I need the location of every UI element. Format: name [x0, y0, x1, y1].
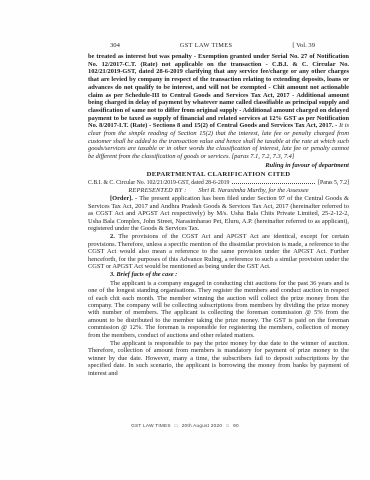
citation-line: C.B.I. & C. Circular No. 102/21/2019-GST…	[88, 180, 349, 186]
headnote-paragraph: be treated as interest but was penalty -…	[88, 53, 349, 161]
footer-date: 20th August 2020	[182, 423, 223, 428]
journal-title: GST LAW TIMES	[180, 42, 233, 49]
ruling-line: Ruling in favour of department	[88, 162, 349, 169]
order-paragraph-4: The applicant is responsible to pay the …	[88, 340, 349, 377]
footer-page: 90	[233, 423, 239, 428]
citation-paras: [Paras 5, 7.2]	[318, 180, 349, 186]
represented-by-label: REPRESENTED BY :	[128, 187, 186, 194]
page-number: 304	[110, 42, 120, 49]
order-paragraph-3: The applicant is a company engaged in co…	[88, 280, 349, 339]
footer-separator-icon: □	[226, 423, 229, 428]
order-paragraph-2-text: The provisions of the CGST Act and APGST…	[88, 233, 349, 270]
dot-leader	[232, 183, 315, 184]
text-column: be treated as interest but was penalty -…	[88, 53, 349, 377]
headnote-bold-text: be treated as interest but was penalty -…	[88, 53, 349, 129]
order-label: [Order]. -	[110, 195, 139, 202]
running-head: 304 GST LAW TIMES [ Vol. 39	[88, 42, 349, 49]
represented-by-value: Shri R. Narasimha Murthy, for the Assess…	[199, 187, 309, 194]
citation-text: C.B.I. & C. Circular No. 102/21/2019-GST…	[88, 180, 229, 186]
brief-facts-heading: 3. Brief facts of the case :	[88, 271, 349, 278]
page-footer: GST LAW TIMES□20th August 2020□90	[0, 423, 370, 428]
order-paragraph-1: [Order]. - The present application has b…	[88, 195, 349, 232]
scanned-document-page: 304 GST LAW TIMES [ Vol. 39 be treated a…	[0, 0, 370, 480]
represented-by-line: REPRESENTED BY :Shri R. Narasimha Murthy…	[88, 187, 349, 194]
footer-journal: GST LAW TIMES	[131, 423, 171, 428]
volume-label: [ Vol. 39	[292, 42, 315, 49]
clarification-heading: DEPARTMENTAL CLARIFICATION CITED	[88, 171, 349, 178]
footer-separator-icon: □	[175, 423, 178, 428]
order-paragraph-2: 2. The provisions of the CGST Act and AP…	[88, 233, 349, 270]
